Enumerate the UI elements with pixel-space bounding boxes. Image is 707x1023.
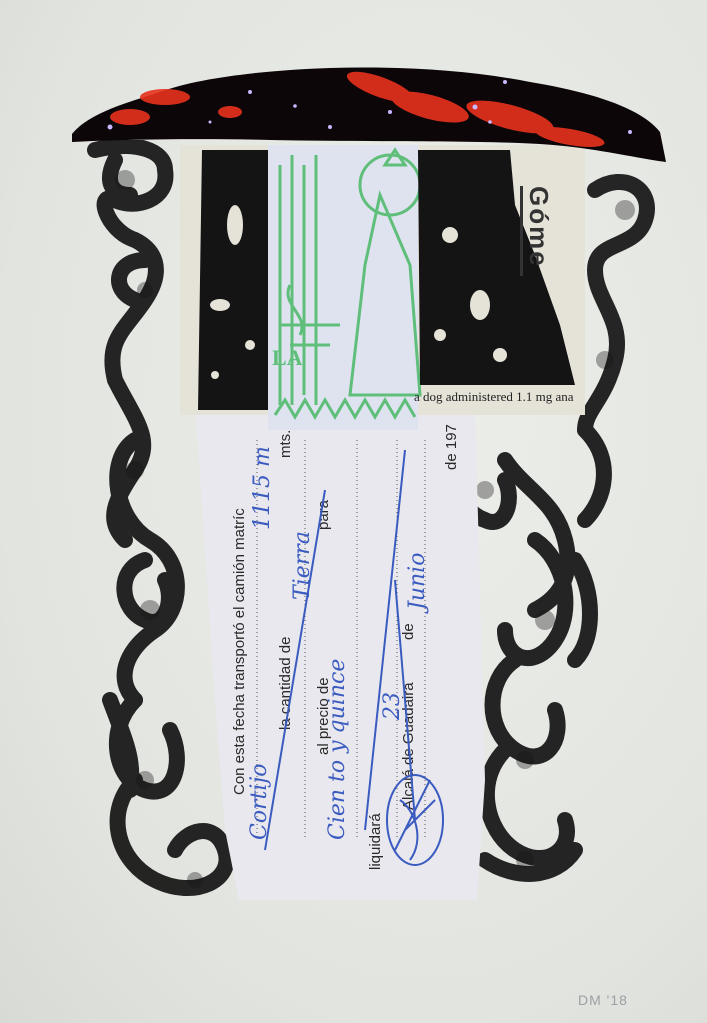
woodcut-letters: LA [272, 345, 303, 370]
newspaper-heading: Góme [520, 186, 554, 276]
artist-signature: DM '18 [578, 992, 628, 1008]
nebula-strip [70, 62, 668, 167]
ink-strokes [245, 430, 445, 870]
receipt-year: de 197 [443, 424, 460, 470]
newspaper-caption: a dog administered 1.1 mg ana [414, 389, 574, 405]
receipt-fragment: Con esta fecha transportó el camión matr… [185, 400, 485, 900]
